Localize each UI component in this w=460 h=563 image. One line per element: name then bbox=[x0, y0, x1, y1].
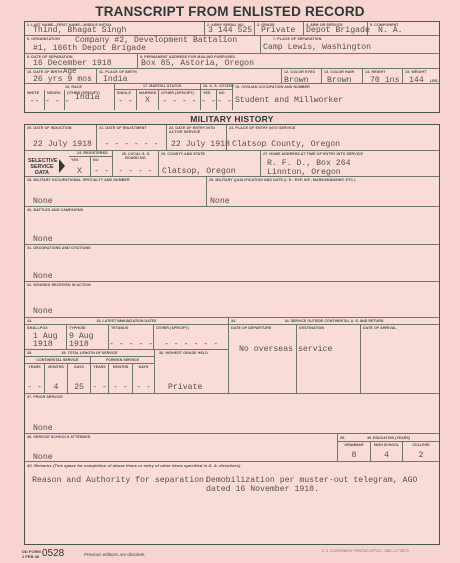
overseas-destination: Destination bbox=[297, 325, 361, 394]
field-eyes: 12. Color eyes Brown bbox=[282, 69, 322, 84]
continental-service: Continental service bbox=[25, 357, 91, 364]
immunization-typhoid: Typhoid 9 Aug 1918 bbox=[67, 325, 109, 350]
education-high-school: High School 4 bbox=[371, 442, 403, 462]
race-other: Other (Specify) India bbox=[65, 90, 115, 110]
field-home-address: 27. Home address at time of entry into s… bbox=[261, 151, 439, 177]
form-footer: DD FORM 1 FEB 48 0528 Previous editions … bbox=[22, 549, 442, 561]
field-enlistment: 21. Date of enlistment - - - - - - bbox=[97, 125, 167, 151]
foreign-days: Days - - bbox=[133, 364, 155, 394]
overseas-arrival: Date of arrival bbox=[361, 325, 439, 394]
field-remarks: 40. Remarks (This space for completion o… bbox=[25, 462, 439, 544]
field-length-service: 35. 35. Total length of service bbox=[25, 350, 155, 357]
race-negro: Negro - - - bbox=[45, 90, 65, 110]
marital-single: Single - - bbox=[115, 90, 137, 110]
field-prior-service: 37. Prior service None bbox=[25, 394, 439, 434]
foreign-months: Months - - bbox=[109, 364, 133, 394]
field-wounds: 32. Wounds received in action None bbox=[25, 282, 439, 318]
field-arm: 4. Arm or service Depot Brigade bbox=[304, 22, 368, 36]
cont-days: Days 25 bbox=[68, 364, 91, 394]
field-local-board: 25. Local S. S. board no. - - - - bbox=[113, 151, 159, 177]
immunization-smallpox: Smallpox 1 Aug 1918 bbox=[25, 325, 67, 350]
field-occupation: 19. Civilian occupation and number Stude… bbox=[233, 84, 439, 110]
marital-married: Married X bbox=[137, 90, 159, 110]
field-immunization: 33. Latest immunization dates 33. bbox=[25, 318, 229, 325]
cont-years: Years - - bbox=[25, 364, 45, 394]
field-date-separation: 8. Date of separation 16 December 1918 bbox=[25, 54, 138, 69]
personal-section: 1. Last name—first name—middle initial T… bbox=[24, 21, 440, 113]
field-address: 9. Permanent address for mailing purpose… bbox=[138, 54, 439, 69]
field-induction: 20. Date of induction 22 July 1918 bbox=[25, 125, 97, 151]
cont-months: Months 4 bbox=[45, 364, 68, 394]
registered-no: No - - bbox=[91, 157, 113, 177]
foreign-service: Foreign service bbox=[91, 357, 155, 364]
foreign-years: Years - - bbox=[91, 364, 109, 394]
immunization-other: Other (Specify) - - - - - - bbox=[154, 325, 229, 350]
name-value: Thind, Bhagat Singh bbox=[33, 26, 126, 35]
field-height: 14. Height 70 ins bbox=[363, 69, 403, 84]
selective-service-label: SELECTIVE SERVICE DATA bbox=[25, 151, 69, 177]
field-mos: 28. Military occupational specialty and … bbox=[25, 177, 207, 207]
field-place-entry: 23. Place of entry into service Clatsop … bbox=[227, 125, 439, 151]
overseas-departure: Date of departure No overseas service bbox=[229, 325, 297, 394]
field-decorations: 31. Decorations and citations None bbox=[25, 245, 439, 282]
field-component: 5. Component N. A. bbox=[368, 22, 439, 36]
education-college: College 2 bbox=[403, 442, 439, 462]
field-birth-place: 11. Place of birth India bbox=[97, 69, 282, 84]
field-entry-active: 22. Date of entry into active service 22… bbox=[167, 125, 227, 151]
field-serial: 2. Army serial no. 3 144 525 bbox=[205, 22, 255, 36]
field-hair: 13. Color hair Brown bbox=[322, 69, 363, 84]
document-title: TRANSCRIPT FROM ENLISTED RECORD bbox=[0, 4, 460, 19]
field-overseas: 34. 34. Service outside continental U. S… bbox=[229, 318, 439, 325]
military-history-heading: MILITARY HISTORY bbox=[24, 114, 440, 124]
field-grade: 3. Grade Private bbox=[255, 22, 304, 36]
field-name: 1. Last name—first name—middle initial T… bbox=[25, 22, 205, 36]
field-education: 39. 39. Education (Years) bbox=[338, 434, 439, 442]
field-organization: 6. Organization Company #2, Development … bbox=[25, 36, 261, 54]
field-highest-grade: 36. Highest grade held Private bbox=[155, 350, 229, 394]
field-weight: 15. Weight 144 LBS. bbox=[403, 69, 439, 84]
field-battles: 30. Battles and campaigns None bbox=[25, 207, 439, 245]
field-schools: 38. Service schools attended None bbox=[25, 434, 338, 462]
immunization-tetanus: Tetanus - - - - - bbox=[109, 325, 154, 350]
military-section: 20. Date of induction 22 July 1918 21. D… bbox=[24, 124, 440, 545]
marital-other: Other (Specify) - - - - bbox=[159, 90, 201, 110]
education-grammar: Grammar 8 bbox=[338, 442, 371, 462]
field-county: 26. County and state Clatsop, Oregon bbox=[159, 151, 261, 177]
overseas-value: No overseas service bbox=[239, 345, 332, 354]
arrow-right-icon bbox=[59, 159, 65, 173]
citizen-yes: Yes - - bbox=[201, 90, 217, 110]
citizen-no: No - - bbox=[217, 90, 233, 110]
field-qualification: 29. Military qualification and date (i. … bbox=[207, 177, 439, 207]
registered-yes: Yes X bbox=[69, 157, 91, 177]
form-number: 0528 bbox=[42, 548, 64, 559]
race-white: White -- bbox=[25, 90, 45, 110]
field-birth-date: 10. Date of birth Age 26 yrs 9 mos bbox=[25, 69, 97, 84]
field-place-separation: 7. Place of separation Camp Lewis, Washi… bbox=[261, 36, 439, 54]
